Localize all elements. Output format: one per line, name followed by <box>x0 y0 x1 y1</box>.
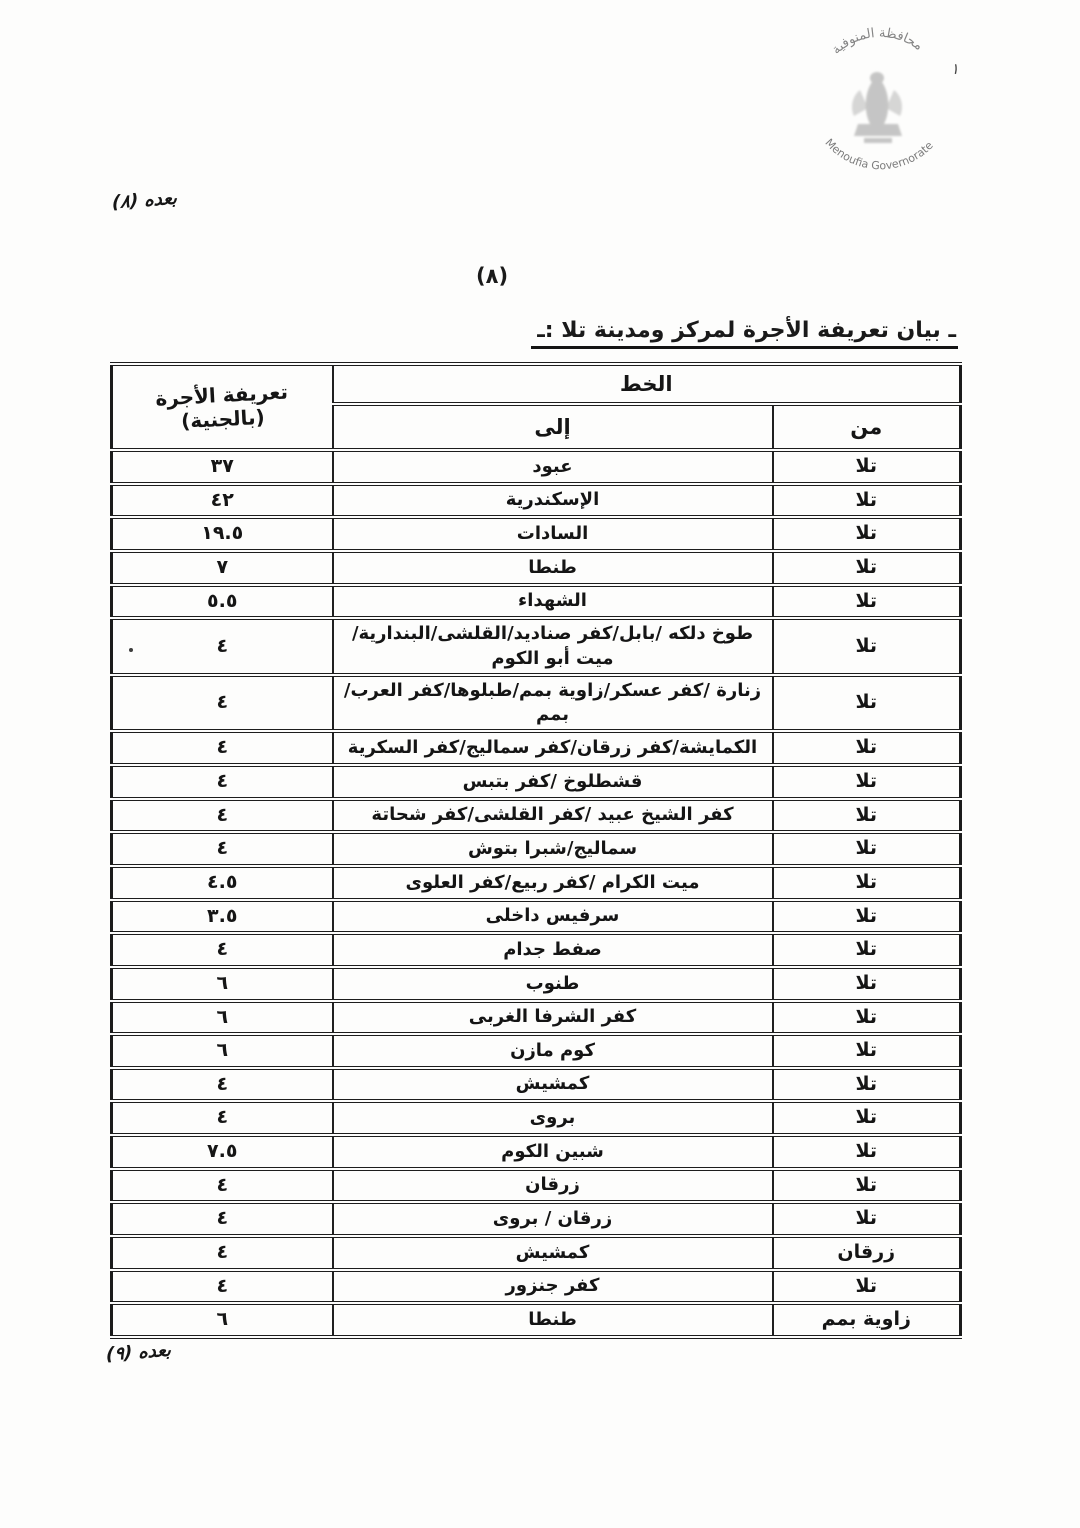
fare-cell: ٤٢ <box>112 484 333 518</box>
continuation-note-top: بعده (٨) <box>112 188 178 214</box>
to-cell: طنطا <box>333 1303 773 1337</box>
from-cell: تلا <box>773 1202 961 1236</box>
table-row: تلا طنطا ٧ <box>112 551 961 585</box>
fare-cell: ٤ <box>112 933 333 967</box>
fare-column-header: تعريفة الأجرة (بالجنية) <box>112 364 333 450</box>
from-cell: تلا <box>773 1135 961 1169</box>
to-cell: طنطا <box>333 551 773 585</box>
to-cell: كفر جنزور <box>333 1270 773 1304</box>
fare-table-container: الخط تعريفة الأجرة (بالجنية) من إلى تلا … <box>110 362 959 1339</box>
fare-cell: ٦ <box>112 1303 333 1337</box>
fare-cell: ٤ <box>112 1068 333 1102</box>
table-row: تلا كفر جنزور ٤ <box>112 1270 961 1304</box>
from-cell: تلا <box>773 1169 961 1203</box>
to-cell: عبود <box>333 450 773 484</box>
fare-cell: ٤ <box>112 765 333 799</box>
to-cell: الإسكندرية <box>333 484 773 518</box>
to-cell: شبين الكوم <box>333 1135 773 1169</box>
logo-arabic-arc: محافظة المنوفية <box>829 26 925 58</box>
from-cell: تلا <box>773 450 961 484</box>
ink-dot-artifact <box>129 648 133 652</box>
to-cell: سماليج/شبرا بتوش <box>333 832 773 866</box>
fare-cell: ٧ <box>112 551 333 585</box>
to-cell: ميت الكرام /كفر ربيع/كفر العلوى <box>333 866 773 900</box>
to-cell: السادات <box>333 517 773 551</box>
from-cell: تلا <box>773 900 961 934</box>
to-cell: سرفيس داخلى <box>333 900 773 934</box>
table-row: تلا كمشيش ٤ <box>112 1068 961 1102</box>
from-cell: تلا <box>773 1001 961 1035</box>
document-title: ـ بيان تعريفة الأجرة لمركز ومدينة تلا :ـ <box>531 318 958 349</box>
fare-column-header-label: تعريفة الأجرة (بالجنية) <box>112 377 333 436</box>
from-cell: تلا <box>773 933 961 967</box>
fare-table-header: الخط تعريفة الأجرة (بالجنية) من إلى <box>112 364 961 450</box>
to-cell: كوم مازن <box>333 1034 773 1068</box>
table-row: تلا سرفيس داخلى ٣.٥ <box>112 900 961 934</box>
table-row: تلا بروى ٤ <box>112 1101 961 1135</box>
fare-cell: ٤ <box>112 1236 333 1270</box>
to-cell: طوخ دلكه /بابل/كفر صناديد/القلشى/البندار… <box>333 618 773 675</box>
from-cell: تلا <box>773 967 961 1001</box>
continuation-note-bottom: بعده (٩) <box>106 1340 172 1366</box>
from-cell: تلا <box>773 675 961 732</box>
from-cell: تلا <box>773 1270 961 1304</box>
from-cell: تلا <box>773 731 961 765</box>
table-row: تلا كوم مازن ٦ <box>112 1034 961 1068</box>
from-cell: تلا <box>773 618 961 675</box>
fare-cell: ٤ <box>112 1169 333 1203</box>
to-cell: زرقان <box>333 1169 773 1203</box>
fare-cell: ٣٧ <box>112 450 333 484</box>
fare-cell: ٦ <box>112 1001 333 1035</box>
table-row: تلا قشطلوخ /كفر بتبس ٤ <box>112 765 961 799</box>
from-cell: تلا <box>773 517 961 551</box>
page-number: (٨) <box>476 264 508 288</box>
from-cell: تلا <box>773 1034 961 1068</box>
table-row: تلا الكمايشة/كفر زرقان/كفر سماليج/كفر ال… <box>112 731 961 765</box>
table-row: تلا سماليج/شبرا بتوش ٤ <box>112 832 961 866</box>
from-cell: تلا <box>773 484 961 518</box>
to-cell: بروى <box>333 1101 773 1135</box>
to-cell: كمشيش <box>333 1068 773 1102</box>
table-row: تلا طوخ دلكه /بابل/كفر صناديد/القلشى/الب… <box>112 618 961 675</box>
table-row: تلا السادات ١٩.٥ <box>112 517 961 551</box>
table-row: تلا كفر الشيخ عبيد /كفر القلشى/كفر شحاتة… <box>112 799 961 833</box>
table-row: زاوية بمم طنطا ٦ <box>112 1303 961 1337</box>
fare-cell: ٤ <box>112 799 333 833</box>
scanned-document-page: محافظة المنوفية Menoufia Governorate ١ ب… <box>0 0 1080 1528</box>
table-row: تلا زرقان / بروى ٤ <box>112 1202 961 1236</box>
table-row: تلا زنارة /كفر عسكر/زاوية بمم/طبلوها/كفر… <box>112 675 961 732</box>
from-column-header: من <box>773 404 961 450</box>
from-cell: زرقان <box>773 1236 961 1270</box>
table-row: تلا الإسكندرية ٤٢ <box>112 484 961 518</box>
fare-cell: ٦ <box>112 967 333 1001</box>
table-row: تلا ميت الكرام /كفر ربيع/كفر العلوى ٤.٥ <box>112 866 961 900</box>
fare-table-body: تلا عبود ٣٧ تلا الإسكندرية ٤٢ تلا السادا… <box>112 450 961 1337</box>
to-column-header: إلى <box>333 404 773 450</box>
line-column-header: الخط <box>333 364 961 404</box>
eagle-icon <box>852 72 902 143</box>
fare-cell: ٥.٥ <box>112 585 333 619</box>
from-cell: تلا <box>773 1068 961 1102</box>
fare-table: الخط تعريفة الأجرة (بالجنية) من إلى تلا … <box>110 362 962 1339</box>
table-row: زرقان كمشيش ٤ <box>112 1236 961 1270</box>
table-row: تلا الشهداء ٥.٥ <box>112 585 961 619</box>
to-cell: طنوب <box>333 967 773 1001</box>
to-cell: كفر الشرفا الغربى <box>333 1001 773 1035</box>
fare-cell: ٣.٥ <box>112 900 333 934</box>
fare-cell: ٤ <box>112 675 333 732</box>
from-cell: تلا <box>773 1101 961 1135</box>
to-cell: قشطلوخ /كفر بتبس <box>333 765 773 799</box>
fare-cell: ٧.٥ <box>112 1135 333 1169</box>
table-row: تلا كفر الشرفا الغربى ٦ <box>112 1001 961 1035</box>
to-cell: الشهداء <box>333 585 773 619</box>
governorate-logo: محافظة المنوفية Menoufia Governorate <box>780 16 980 176</box>
fare-cell: ٤ <box>112 1270 333 1304</box>
fare-cell: ٦ <box>112 1034 333 1068</box>
from-cell: تلا <box>773 866 961 900</box>
from-cell: تلا <box>773 765 961 799</box>
fare-cell: ٤ <box>112 1101 333 1135</box>
table-row: تلا عبود ٣٧ <box>112 450 961 484</box>
to-cell: زرقان / بروى <box>333 1202 773 1236</box>
table-row: تلا شبين الكوم ٧.٥ <box>112 1135 961 1169</box>
fare-cell: ٤ <box>112 832 333 866</box>
to-cell: صفط جدام <box>333 933 773 967</box>
from-cell: زاوية بمم <box>773 1303 961 1337</box>
from-cell: تلا <box>773 799 961 833</box>
to-cell: كفر الشيخ عبيد /كفر القلشى/كفر شحاتة <box>333 799 773 833</box>
to-cell: زنارة /كفر عسكر/زاوية بمم/طبلوها/كفر الع… <box>333 675 773 732</box>
from-cell: تلا <box>773 585 961 619</box>
table-row: تلا صفط جدام ٤ <box>112 933 961 967</box>
table-row: تلا طنوب ٦ <box>112 967 961 1001</box>
from-cell: تلا <box>773 551 961 585</box>
fare-cell: ٤ <box>112 618 333 675</box>
to-cell: كمشيش <box>333 1236 773 1270</box>
to-cell: الكمايشة/كفر زرقان/كفر سماليج/كفر السكري… <box>333 731 773 765</box>
fare-cell: ٤ <box>112 1202 333 1236</box>
fare-cell: ٤.٥ <box>112 866 333 900</box>
table-row: تلا زرقان ٤ <box>112 1169 961 1203</box>
from-cell: تلا <box>773 832 961 866</box>
fare-cell: ١٩.٥ <box>112 517 333 551</box>
fare-cell: ٤ <box>112 731 333 765</box>
